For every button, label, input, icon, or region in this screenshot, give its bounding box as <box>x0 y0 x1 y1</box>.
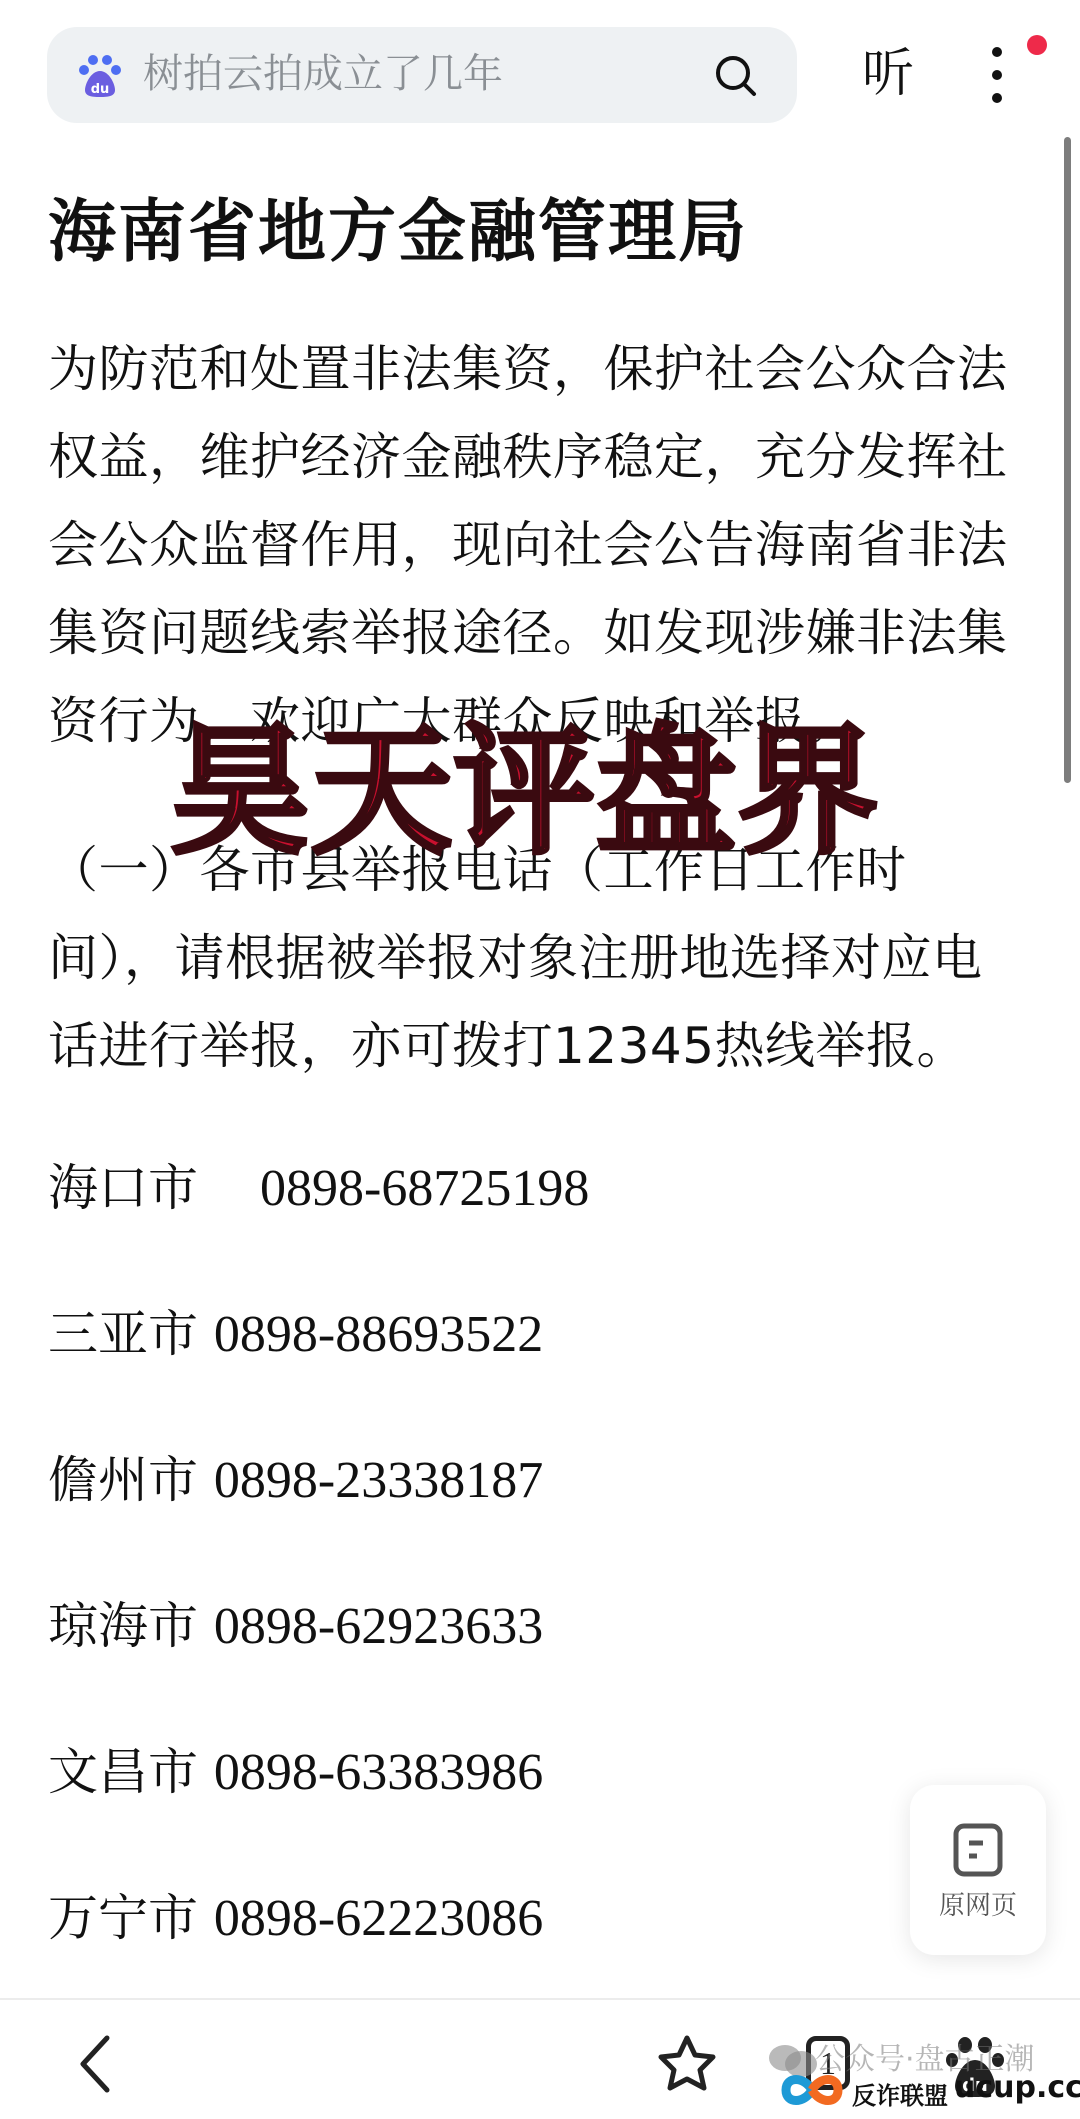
notification-dot <box>1027 35 1047 55</box>
phone-number[interactable]: 0898-62923633 <box>214 1598 543 1655</box>
intro-line: 权益，维护经济金融秩序稳定，充分发挥社 <box>48 413 1048 501</box>
baidu-paw-icon: du <box>79 54 121 98</box>
original-page-button[interactable]: 原网页 <box>910 1785 1046 1955</box>
scrollbar[interactable] <box>1064 137 1071 783</box>
more-menu-icon[interactable] <box>985 44 1009 106</box>
original-page-label: 原网页 <box>910 1885 1046 1922</box>
city-name: 琼海市 <box>48 1597 198 1655</box>
phone-number[interactable]: 0898-63383986 <box>214 1744 543 1801</box>
phone-number[interactable]: 0898-23338187 <box>214 1452 543 1509</box>
search-bar[interactable]: du 树拍云拍成立了几年 <box>47 27 797 123</box>
phone-number[interactable]: 0898-68725198 <box>260 1160 589 1217</box>
phone-row-danzhou: 儋州市 0898-23338187 <box>48 1445 543 1516</box>
phone-row-sanya: 三亚市 0898-88693522 <box>48 1299 543 1370</box>
phone-number[interactable]: 0898-88693522 <box>214 1306 543 1363</box>
section-line: 间），请根据被举报对象注册地选择对应电 <box>48 914 1048 1002</box>
city-name: 海口市 <box>48 1159 198 1217</box>
city-name: 文昌市 <box>48 1743 198 1801</box>
intro-paragraph: 为防范和处置非法集资，保护社会公众合法 权益，维护经济金融秩序稳定，充分发挥社 … <box>48 325 1048 765</box>
document-icon <box>953 1823 1003 1877</box>
intro-line: 会公众监督作用，现向社会公告海南省非法 <box>48 501 1048 589</box>
city-name: 万宁市 <box>48 1889 198 1947</box>
listen-button[interactable]: 听 <box>862 44 914 104</box>
overlay-watermark-text: 昊天评盘界 <box>170 718 880 868</box>
phone-row-wenchang: 文昌市 0898-63383986 <box>48 1737 543 1808</box>
star-bookmark-icon[interactable] <box>656 2034 718 2092</box>
back-chevron-icon[interactable] <box>75 2034 115 2094</box>
city-name: 三亚市 <box>48 1305 198 1363</box>
brand-domain-text: ucup.cc <box>954 2070 1080 2105</box>
search-icon[interactable] <box>713 53 759 99</box>
svg-text:du: du <box>91 82 110 97</box>
page-title: 海南省地方金融管理局 <box>48 190 748 276</box>
intro-line: 为防范和处置非法集资，保护社会公众合法 <box>48 325 1048 413</box>
phone-row-qionghai: 琼海市 0898-62923633 <box>48 1591 543 1662</box>
city-name: 儋州市 <box>48 1451 198 1509</box>
phone-row-haikou: 海口市0898-68725198 <box>48 1153 589 1224</box>
phone-row-wanning: 万宁市 0898-62223086 <box>48 1883 543 1954</box>
brand-cn-text: 反诈联盟 <box>852 2076 948 2111</box>
infinity-logo-icon <box>780 2070 844 2110</box>
search-query-text[interactable]: 树拍云拍成立了几年 <box>143 49 503 99</box>
intro-line: 集资问题线索举报途径。如发现涉嫌非法集 <box>48 589 1048 677</box>
section-line: 话进行举报，亦可拨打12345热线举报。 <box>48 1002 1048 1090</box>
top-bar: du 树拍云拍成立了几年 听 <box>0 0 1080 140</box>
phone-number[interactable]: 0898-62223086 <box>214 1890 543 1947</box>
